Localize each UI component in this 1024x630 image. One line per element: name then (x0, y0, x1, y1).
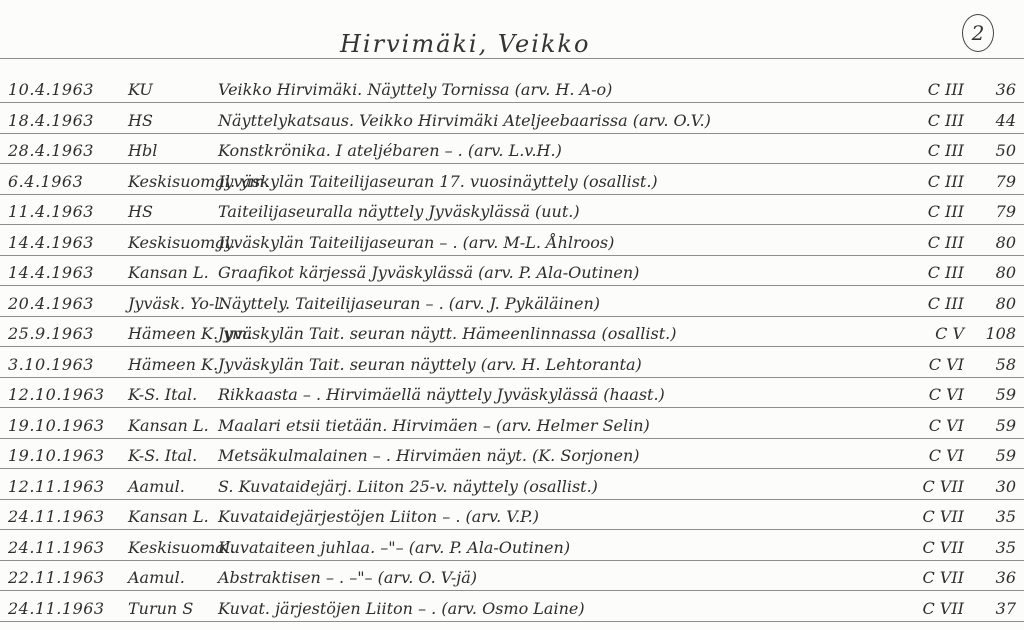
list-item: 6.4.1963Keskisuomal. ym.Jyväskylän Taite… (0, 164, 1024, 194)
entry-date: 28.4.1963 (8, 141, 94, 160)
entry-page: 44 (972, 111, 1016, 130)
list-item: 14.4.1963Keskisuomal.Jyväskylän Taiteili… (0, 225, 1024, 255)
entry-date: 25.9.1963 (8, 324, 94, 343)
entry-title: S. Kuvataidejärj. Liiton 25-v. näyttely … (218, 477, 598, 496)
entry-page: 59 (972, 446, 1016, 465)
entry-volume-ref: C V (935, 324, 964, 343)
list-item: 24.11.1963Turun SKuvat. järjestöjen Liit… (0, 591, 1024, 621)
list-item: 19.10.1963K-S. Ital.Metsäkulmalainen – .… (0, 438, 1024, 468)
entry-source: Aamul. (128, 568, 185, 587)
entry-source: Jyväsk. Yo-l. (128, 294, 225, 313)
entry-title: Veikko Hirvimäki. Näyttely Tornissa (arv… (218, 80, 612, 99)
entry-title: Abstraktisen – . –"– (arv. O. V-jä) (218, 568, 477, 587)
card-heading: Hirvimäki, Veikko (340, 30, 590, 58)
entry-date: 22.11.1963 (8, 568, 105, 587)
list-item: 25.9.1963Hämeen K. ym.Jyväskylän Tait. s… (0, 316, 1024, 346)
list-item: 20.4.1963Jyväsk. Yo-l.Näyttely. Taiteili… (0, 286, 1024, 316)
entry-source: Kansan L. (128, 263, 209, 282)
entry-date: 14.4.1963 (8, 263, 94, 282)
entry-source: HS (128, 111, 153, 130)
entry-source: K-S. Ital. (128, 446, 197, 465)
entry-volume-ref: C III (928, 202, 964, 221)
entry-source: Hämeen K. (128, 355, 218, 374)
list-item: 28.4.1963HblKonstkrönika. I ateljébaren … (0, 133, 1024, 163)
entry-title: Näyttely. Taiteilijaseuran – . (arv. J. … (218, 294, 600, 313)
card-number-circle: 2 (962, 14, 994, 52)
entry-date: 19.10.1963 (8, 446, 105, 465)
list-item: 19.10.1963Kansan L.Maalari etsii tietään… (0, 408, 1024, 438)
entry-date: 10.4.1963 (8, 80, 94, 99)
entry-title: Graafikot kärjessä Jyväskylässä (arv. P.… (218, 263, 639, 282)
entry-date: 18.4.1963 (8, 111, 94, 130)
entry-date: 12.11.1963 (8, 477, 105, 496)
entry-page: 35 (972, 507, 1016, 526)
list-item: 10.4.1963KUVeikko Hirvimäki. Näyttely To… (0, 72, 1024, 102)
entry-page: 59 (972, 416, 1016, 435)
entry-title: Näyttelykatsaus. Veikko Hirvimäki Atelje… (218, 111, 711, 130)
entry-page: 35 (972, 538, 1016, 557)
entry-page: 37 (972, 599, 1016, 618)
list-item: 12.11.1963Aamul.S. Kuvataidejärj. Liiton… (0, 469, 1024, 499)
entry-volume-ref: C VI (929, 416, 964, 435)
entry-source: KU (128, 80, 153, 99)
list-item: 18.4.1963HSNäyttelykatsaus. Veikko Hirvi… (0, 103, 1024, 133)
entry-title: Taiteilijaseuralla näyttely Jyväskylässä… (218, 202, 580, 221)
entry-title: Jyväskylän Taiteilijaseuran – . (arv. M-… (218, 233, 614, 252)
entry-date: 12.10.1963 (8, 385, 105, 404)
entry-volume-ref: C VI (929, 446, 964, 465)
entry-date: 11.4.1963 (8, 202, 94, 221)
list-item: 14.4.1963Kansan L.Graafikot kärjessä Jyv… (0, 255, 1024, 285)
entry-page: 80 (972, 263, 1016, 282)
entry-volume-ref: C VII (922, 477, 964, 496)
entry-title: Jyväskylän Tait. seuran näyttely (arv. H… (218, 355, 642, 374)
entry-title: Jyväskylän Taiteilijaseuran 17. vuosinäy… (218, 172, 658, 191)
entry-date: 19.10.1963 (8, 416, 105, 435)
entry-volume-ref: C III (928, 172, 964, 191)
list-item: 12.10.1963K-S. Ital.Rikkaasta – . Hirvim… (0, 377, 1024, 407)
entry-page: 108 (972, 324, 1016, 343)
entry-volume-ref: C VII (922, 507, 964, 526)
entry-volume-ref: C III (928, 294, 964, 313)
list-item: 24.11.1963Kansan L.Kuvataidejärjestöjen … (0, 499, 1024, 529)
entry-title: Kuvataiteen juhlaa. –"– (arv. P. Ala-Out… (218, 538, 570, 557)
entry-date: 24.11.1963 (8, 599, 105, 618)
entry-title: Rikkaasta – . Hirvimäellä näyttely Jyväs… (218, 385, 665, 404)
entry-volume-ref: C VI (929, 385, 964, 404)
entry-volume-ref: C III (928, 141, 964, 160)
entry-volume-ref: C III (928, 233, 964, 252)
index-card: Hirvimäki, Veikko 2 10.4.1963KUVeikko Hi… (0, 0, 1024, 630)
entry-page: 80 (972, 233, 1016, 252)
entry-volume-ref: C VII (922, 599, 964, 618)
entry-volume-ref: C VI (929, 355, 964, 374)
list-item: 3.10.1963Hämeen K.Jyväskylän Tait. seura… (0, 347, 1024, 377)
entry-volume-ref: C VII (922, 538, 964, 557)
entry-title: Maalari etsii tietään. Hirvimäen – (arv.… (218, 416, 650, 435)
entry-volume-ref: C III (928, 80, 964, 99)
entry-source: Turun S (128, 599, 193, 618)
entry-volume-ref: C VII (922, 568, 964, 587)
entry-page: 58 (972, 355, 1016, 374)
entry-page: 30 (972, 477, 1016, 496)
entry-title: Kuvat. järjestöjen Liiton – . (arv. Osmo… (218, 599, 585, 618)
entry-title: Metsäkulmalainen – . Hirvimäen näyt. (K.… (218, 446, 640, 465)
entry-source: HS (128, 202, 153, 221)
entry-title: Jyväskylän Tait. seuran näytt. Hämeenlin… (218, 324, 676, 343)
entry-page: 79 (972, 202, 1016, 221)
entry-date: 24.11.1963 (8, 507, 105, 526)
entry-source: Kansan L. (128, 416, 209, 435)
ruled-line (0, 621, 1024, 622)
ruled-line (0, 58, 1024, 59)
entry-page: 36 (972, 568, 1016, 587)
entry-page: 36 (972, 80, 1016, 99)
entry-volume-ref: C III (928, 111, 964, 130)
entry-page: 79 (972, 172, 1016, 191)
entry-date: 14.4.1963 (8, 233, 94, 252)
entry-source: K-S. Ital. (128, 385, 197, 404)
entry-source: Aamul. (128, 477, 185, 496)
entry-page: 59 (972, 385, 1016, 404)
entry-date: 20.4.1963 (8, 294, 94, 313)
list-item: 11.4.1963HSTaiteilijaseuralla näyttely J… (0, 194, 1024, 224)
list-item: 22.11.1963Aamul.Abstraktisen – . –"– (ar… (0, 560, 1024, 590)
entry-date: 3.10.1963 (8, 355, 94, 374)
entry-date: 6.4.1963 (8, 172, 83, 191)
entry-page: 80 (972, 294, 1016, 313)
entry-volume-ref: C III (928, 263, 964, 282)
entry-source: Hbl (128, 141, 157, 160)
entry-page: 50 (972, 141, 1016, 160)
entry-title: Kuvataidejärjestöjen Liiton – . (arv. V.… (218, 507, 539, 526)
entry-date: 24.11.1963 (8, 538, 105, 557)
entry-title: Konstkrönika. I ateljébaren – . (arv. L.… (218, 141, 562, 160)
entry-source: Kansan L. (128, 507, 209, 526)
list-item: 24.11.1963Keskisuomal.Kuvataiteen juhlaa… (0, 530, 1024, 560)
